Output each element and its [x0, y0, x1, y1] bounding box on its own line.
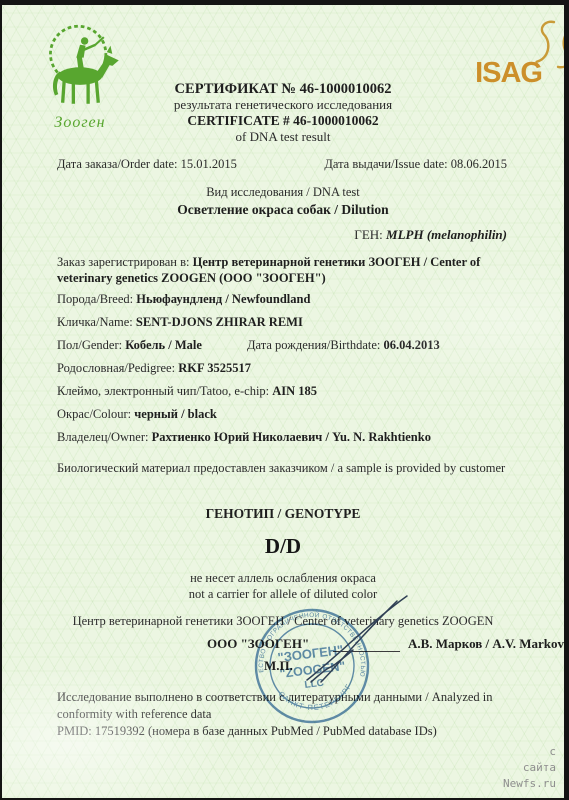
field-value: RKF 3525517 [178, 361, 251, 375]
field-pedigree: Родословная/Pedigree: RKF 3525517 [57, 362, 534, 375]
method-note: Исследование выполнено в соответствии с … [57, 689, 509, 723]
field-label: Порода/Breed: [57, 292, 133, 306]
field-label: Дата рождения/Birthdate: [247, 338, 380, 352]
pmid-note: PMID: 17519392 (номера в базе данных Pub… [57, 723, 509, 740]
footer-notes: Исследование выполнено в соответствии с … [57, 689, 509, 740]
field-birthdate: Дата рождения/Birthdate: 06.04.2013 [247, 339, 440, 352]
signing-org-row: ООО "ЗООГЕН" А.В. Марков / A.V. Markov [207, 635, 564, 652]
field-label: Клеймо, электронный чип/Tatoo, e-chip: [57, 384, 269, 398]
field-gender-birthdate: Пол/Gender: Кобель / Male Дата рождения/… [57, 339, 534, 352]
gene-value: MLPH (melanophilin) [386, 227, 507, 242]
certificate-title: СЕРТИФИКАТ № 46-1000010062 результата ге… [2, 81, 564, 145]
field-value: черный / black [134, 407, 217, 421]
field-value: Кобель / Male [125, 338, 202, 352]
dates-row: Дата заказа/Order date: 15.01.2015 Дата … [2, 147, 564, 172]
registration-label: Заказ зарегистрирован в: [57, 255, 189, 269]
field-tatoo: Клеймо, электронный чип/Tatoo, e-chip: A… [57, 385, 534, 398]
test-name-line: Осветление окраса собак / Dilution [2, 202, 564, 218]
certificate-header: Зооген ISAG СЕРТИФИКАТ № 46-1000010062 р… [2, 5, 564, 147]
sample-note: Биологический материал предоставлен зака… [57, 461, 534, 476]
field-label: Пол/Gender: [57, 338, 122, 352]
field-value: AIN 185 [272, 384, 317, 398]
field-value: Ньюфаундленд / Newfoundland [136, 292, 310, 306]
genotype-interpretation-ru: не несет аллель ослабления окраса [2, 570, 564, 586]
field-label: Окрас/Colour: [57, 407, 131, 421]
signing-section: Центр ветеринарной генетики ЗООГЕН / Cen… [2, 614, 564, 674]
title-en-subtitle: of DNA test result [2, 129, 564, 145]
field-label: Кличка/Name: [57, 315, 133, 329]
gene-line: ГЕН: MLPH (melanophilin) [2, 227, 564, 243]
test-kind-line: Вид исследования / DNA test [2, 185, 564, 200]
genotype-interpretation-en: not a carrier for allele of diluted colo… [2, 586, 564, 602]
genotype-interpretation: не несет аллель ослабления окраса not a … [2, 570, 564, 602]
site-watermark: с сайта Newfs.ru [503, 744, 556, 792]
watermark-line: с [503, 744, 556, 760]
title-ru-number: СЕРТИФИКАТ № 46-1000010062 [2, 81, 564, 97]
order-date: Дата заказа/Order date: 15.01.2015 [57, 157, 237, 172]
field-label: Родословная/Pedigree: [57, 361, 175, 375]
signature-line [333, 637, 400, 652]
field-owner: Владелец/Owner: Рахтиенко Юрий Николаеви… [57, 431, 534, 444]
genotype-value: D/D [2, 534, 564, 559]
registration-line: Заказ зарегистрирован в: Центр ветеринар… [57, 254, 514, 286]
field-value: SENT-DJONS ZHIRAR REMI [136, 315, 303, 329]
field-value: 06.04.2013 [384, 338, 440, 352]
certificate-page: Зооген ISAG СЕРТИФИКАТ № 46-1000010062 р… [2, 5, 564, 798]
genotype-heading: ГЕНОТИП / GENOTYPE [2, 506, 564, 522]
field-gender: Пол/Gender: Кобель / Male [57, 339, 247, 352]
gene-label: ГЕН: [354, 227, 382, 242]
field-value: Рахтиенко Юрий Николаевич / Yu. N. Rakht… [152, 430, 431, 444]
watermark-line: Newfs.ru [503, 776, 556, 792]
field-name: Кличка/Name: SENT-DJONS ZHIRAR REMI [57, 316, 534, 329]
signer-name: А.В. Марков / A.V. Markov [408, 636, 564, 652]
issue-date: Дата выдачи/Issue date: 08.06.2015 [324, 157, 507, 172]
field-label: Владелец/Owner: [57, 430, 148, 444]
org-name: ООО "ЗООГЕН" [207, 636, 309, 652]
seal-mark: М.П. [264, 658, 564, 674]
isag-helix-icon [530, 17, 564, 73]
title-ru-subtitle: результата генетического исследования [2, 97, 564, 113]
watermark-line: сайта [503, 760, 556, 776]
field-breed: Порода/Breed: Ньюфаундленд / Newfoundlan… [57, 293, 534, 306]
signing-center-line: Центр ветеринарной генетики ЗООГЕН / Cen… [2, 614, 564, 629]
fields-list: Порода/Breed: Ньюфаундленд / Newfoundlan… [57, 293, 534, 444]
field-colour: Окрас/Colour: черный / black [57, 408, 534, 421]
title-en-number: CERTIFICATE # 46-1000010062 [2, 113, 564, 129]
